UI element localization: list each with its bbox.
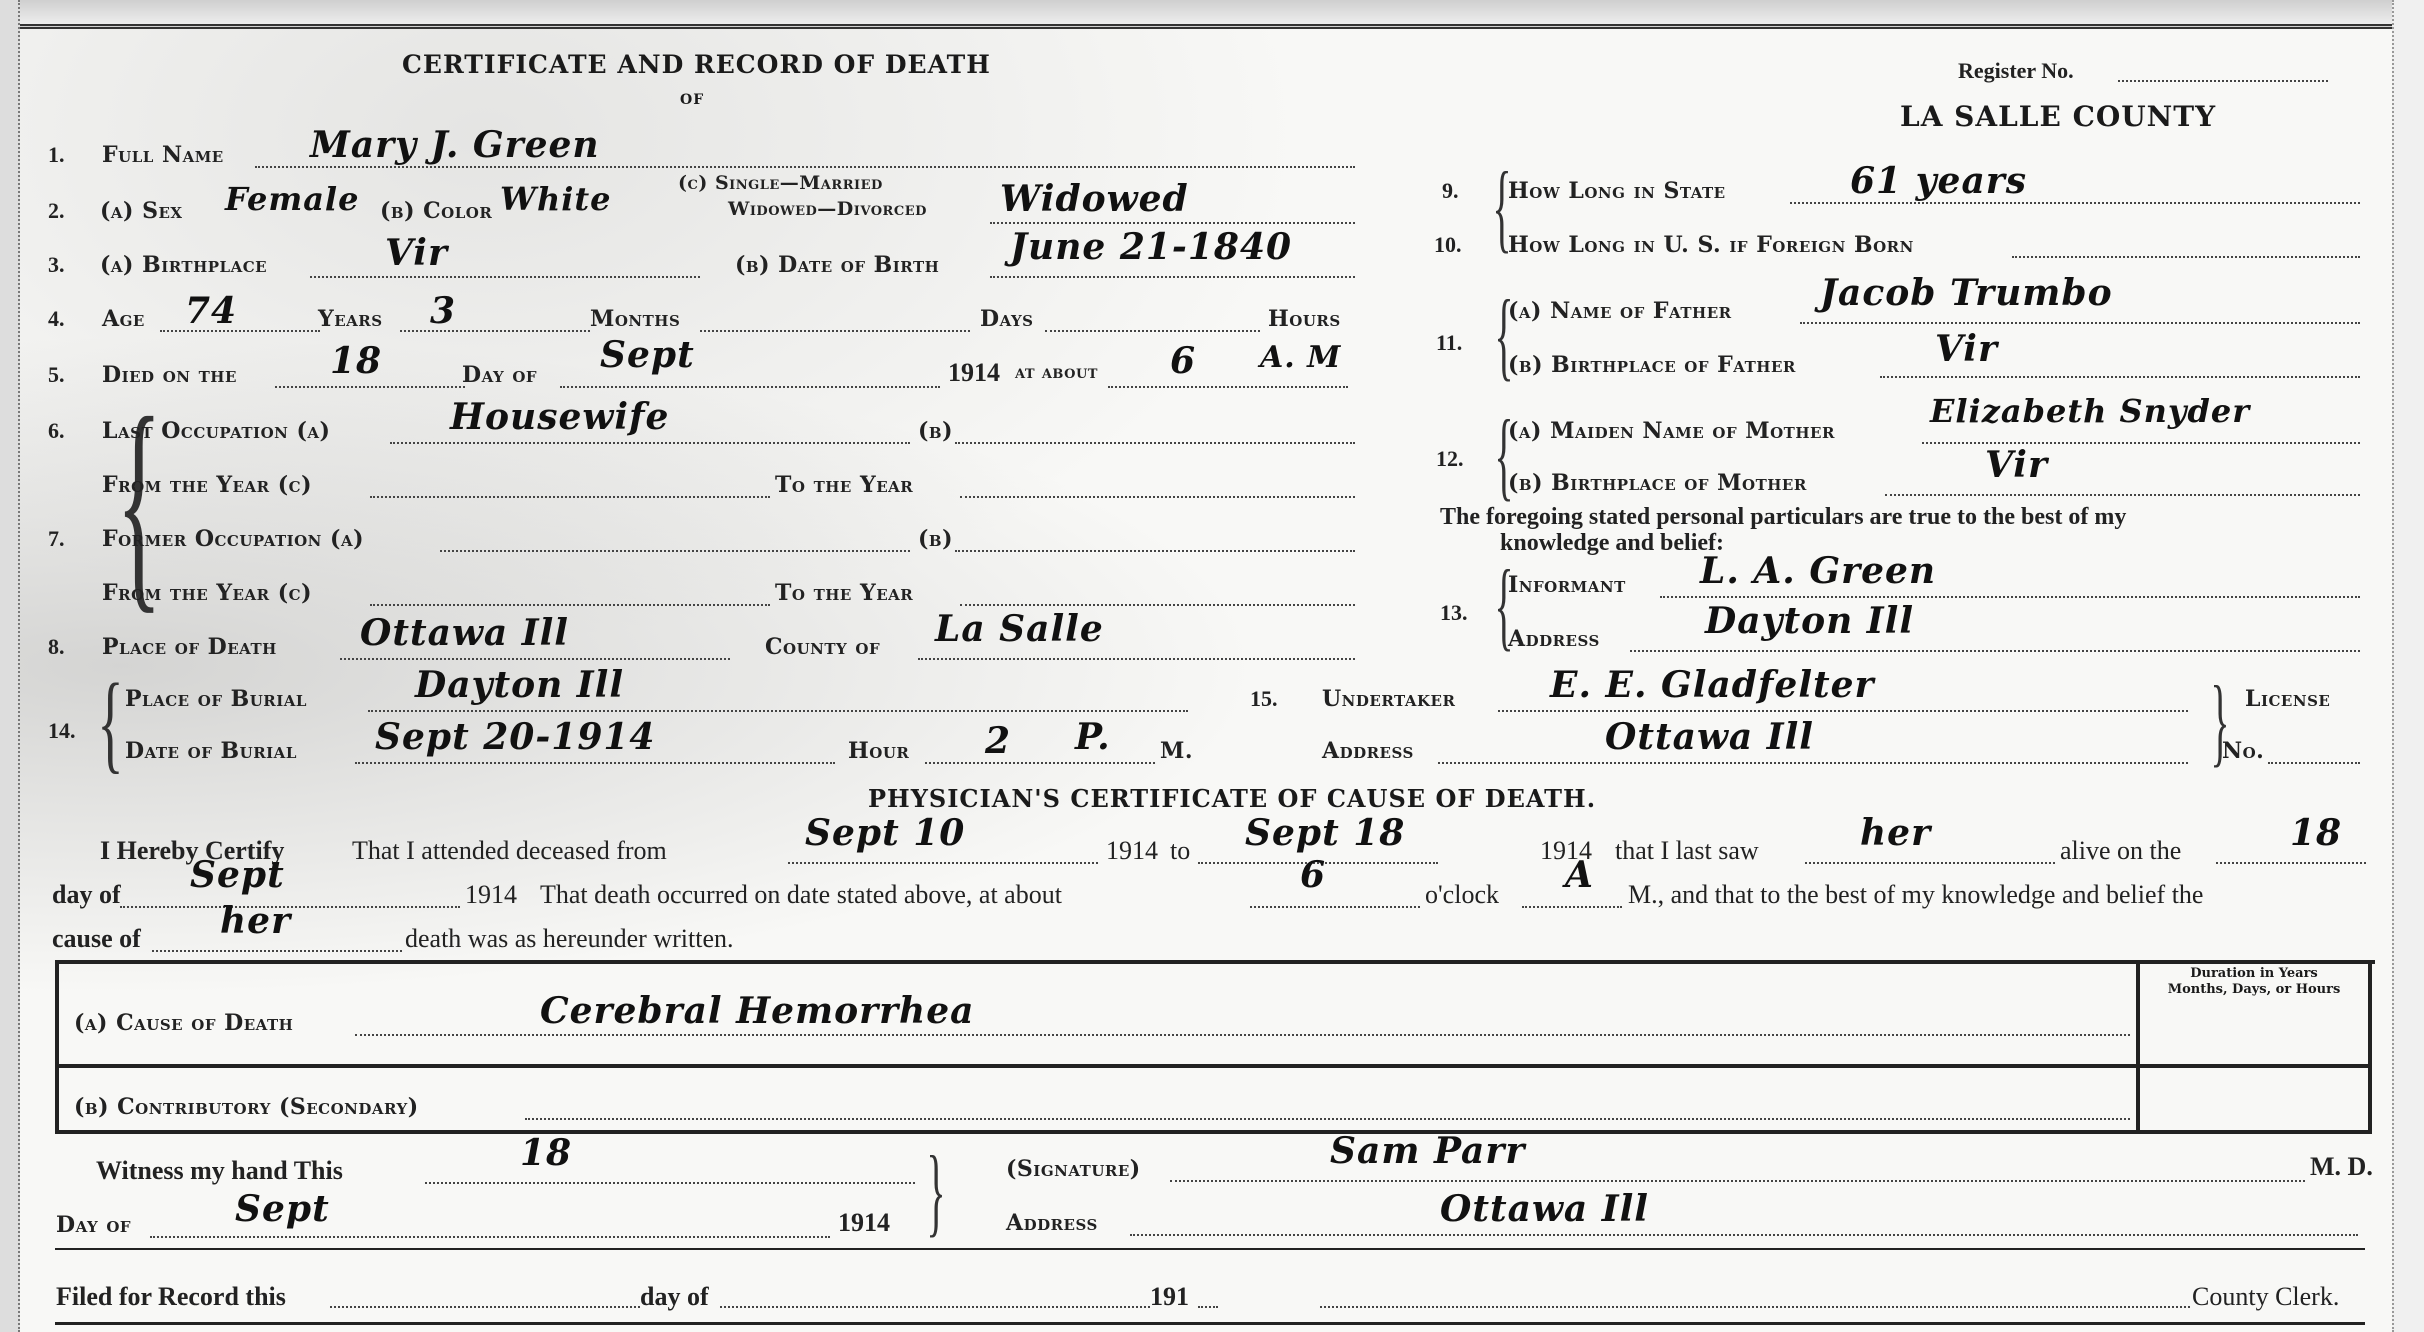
last-occupation-field[interactable] bbox=[390, 442, 910, 444]
undertaker-field[interactable] bbox=[1498, 710, 2188, 712]
field-num: 13. bbox=[1440, 600, 1468, 626]
father-birthplace-label: (b) Birthplace of Father bbox=[1508, 352, 1796, 378]
color-value: White bbox=[500, 180, 612, 218]
field-num: 9. bbox=[1442, 178, 1459, 204]
md-label: M. D. bbox=[2310, 1152, 2373, 1182]
informant-address-value: Dayton Ill bbox=[1705, 600, 1914, 642]
informant-value: L. A. Green bbox=[1700, 550, 1936, 592]
age-years-value: 74 bbox=[185, 290, 237, 332]
duration-header-line-2: Months, Days, or Hours bbox=[2146, 982, 2362, 998]
register-label: Register No. bbox=[1958, 58, 2074, 84]
undertaker-address-field[interactable] bbox=[1438, 762, 2188, 764]
table-mid-rule bbox=[55, 1064, 2372, 1068]
cause-of-death-label: (a) Cause of Death bbox=[74, 1010, 293, 1036]
table-right-rule bbox=[2368, 960, 2372, 1134]
occurred-meridiem-field[interactable] bbox=[1522, 906, 1622, 908]
marital-label-1: (c) Single—Married bbox=[678, 172, 883, 194]
former-occupation-b-field[interactable] bbox=[955, 550, 1355, 552]
how-long-us-field[interactable] bbox=[2012, 256, 2360, 258]
license-no-label: No. bbox=[2222, 738, 2264, 764]
physician-address-value: Ottawa Ill bbox=[1440, 1188, 1649, 1230]
informant-address-field[interactable] bbox=[1630, 650, 2360, 652]
birthplace-value: Vir bbox=[385, 232, 448, 274]
table-divider bbox=[2136, 960, 2140, 1134]
mother-birthplace-value: Vir bbox=[1985, 444, 2048, 486]
former-occupation-b-label: (b) bbox=[918, 526, 953, 552]
witness-month-value: Sept bbox=[235, 1188, 330, 1230]
witness-day-of-label: Day of bbox=[56, 1212, 131, 1238]
burial-hour-label: Hour bbox=[848, 738, 909, 764]
last-saw-value: her bbox=[1860, 812, 1931, 854]
sex-label: (a) Sex bbox=[100, 198, 183, 224]
attended-from-value: Sept 10 bbox=[805, 812, 965, 854]
cause-of-value: her bbox=[220, 900, 291, 942]
former-to-year-field[interactable] bbox=[960, 604, 1355, 606]
died-meridiem: A. M bbox=[1260, 340, 1341, 375]
date-of-burial-label: Date of Burial bbox=[125, 738, 297, 764]
former-occupation-label: Former Occupation (a) bbox=[102, 526, 364, 552]
undertaker-address-label: Address bbox=[1322, 738, 1414, 764]
certificate-title-of: OF bbox=[680, 92, 704, 108]
field-num: 15. bbox=[1250, 686, 1278, 712]
filed-year-field[interactable] bbox=[1198, 1306, 1218, 1308]
mother-birthplace-label: (b) Birthplace of Mother bbox=[1508, 470, 1807, 496]
field-num: 11. bbox=[1436, 330, 1462, 356]
place-of-burial-value: Dayton Ill bbox=[415, 664, 624, 706]
filed-year-prefix: 191 bbox=[1150, 1282, 1189, 1312]
field-num: 7. bbox=[48, 526, 65, 552]
duration-primary-cell[interactable] bbox=[2144, 1006, 2366, 1062]
years-label: Years bbox=[318, 306, 383, 332]
field-num: 5. bbox=[48, 362, 65, 388]
signature-value: Sam Parr bbox=[1330, 1130, 1525, 1172]
mother-name-label: (a) Maiden Name of Mother bbox=[1508, 418, 1835, 444]
certificate-title: CERTIFICATE AND RECORD OF DEATH bbox=[402, 50, 991, 79]
attended-to-value: Sept 18 bbox=[1245, 812, 1405, 854]
cause-of-field[interactable] bbox=[152, 950, 402, 952]
field-num: 10. bbox=[1434, 232, 1462, 258]
bottom-rule bbox=[55, 1322, 2365, 1325]
died-year: 1914 bbox=[948, 358, 1000, 388]
field-num: 12. bbox=[1436, 446, 1464, 472]
informant-address-label: Address bbox=[1508, 626, 1600, 652]
alive-on-value: 18 bbox=[2290, 812, 2342, 854]
county-of-field[interactable] bbox=[918, 658, 1355, 660]
phys-day-of-value: Sept bbox=[190, 854, 285, 896]
dob-field[interactable] bbox=[990, 276, 1355, 278]
father-name-label: (a) Name of Father bbox=[1508, 298, 1732, 324]
top-border bbox=[0, 0, 2424, 29]
cause-of-death-field[interactable] bbox=[355, 1034, 2130, 1036]
tail-text: M., and that to the best of my knowledge… bbox=[1628, 880, 2203, 910]
alive-on-label: alive on the bbox=[2060, 836, 2181, 866]
burial-meridiem-value: P. bbox=[1075, 716, 1111, 758]
written-text: death was as hereunder written. bbox=[405, 924, 733, 954]
burial-hour-field[interactable] bbox=[925, 762, 1155, 764]
informant-label: Informant bbox=[1508, 572, 1626, 598]
field-num: 14. bbox=[48, 718, 76, 744]
died-day-value: 18 bbox=[330, 340, 382, 382]
burial-m-label: M. bbox=[1160, 738, 1193, 764]
attended-to-label: to bbox=[1170, 836, 1190, 866]
burial-hour-value: 2 bbox=[985, 720, 1011, 762]
field-num: 4. bbox=[48, 306, 65, 332]
full-name-field[interactable] bbox=[255, 166, 1355, 168]
last-occupation-label: Last Occupation (a) bbox=[102, 418, 330, 444]
license-no-field[interactable] bbox=[2268, 762, 2360, 764]
burial-brace: { bbox=[97, 672, 123, 772]
county-clerk-label: County Clerk. bbox=[2192, 1282, 2339, 1312]
register-field[interactable] bbox=[2118, 80, 2328, 82]
age-years-field[interactable] bbox=[160, 330, 320, 332]
attended-from-field[interactable] bbox=[788, 862, 1098, 864]
marital-label-2: Widowed—Divorced bbox=[728, 198, 927, 220]
died-day-field[interactable] bbox=[275, 386, 465, 388]
left-edge bbox=[0, 0, 20, 1332]
died-month-field[interactable] bbox=[560, 386, 940, 388]
contributory-field[interactable] bbox=[525, 1118, 2130, 1120]
attestation-line-2: knowledge and belief: bbox=[1500, 530, 1724, 557]
age-hours-field[interactable] bbox=[1045, 330, 1260, 332]
undertaker-value: E. E. Gladfelter bbox=[1550, 664, 1875, 706]
certificate-paper: CERTIFICATE AND RECORD OF DEATH OF Regis… bbox=[0, 0, 2424, 1332]
last-occupation-b-label: (b) bbox=[918, 418, 953, 444]
physician-heading: PHYSICIAN'S CERTIFICATE OF CAUSE OF DEAT… bbox=[868, 784, 1596, 813]
how-long-state-field[interactable] bbox=[1790, 202, 2360, 204]
dob-label: (b) Date of Birth bbox=[735, 252, 939, 278]
attestation-line-1: The foregoing stated personal particular… bbox=[1440, 504, 2126, 531]
witness-month-field[interactable] bbox=[150, 1236, 830, 1238]
place-of-burial-label: Place of Burial bbox=[125, 686, 307, 712]
table-bottom-rule bbox=[55, 1130, 2372, 1134]
undertaker-label: Undertaker bbox=[1322, 686, 1455, 712]
occurred-time-field[interactable] bbox=[1250, 906, 1420, 908]
to-year-label: To the Year bbox=[775, 472, 913, 498]
filed-day-of-label: day of bbox=[640, 1282, 709, 1312]
marital-value: Widowed bbox=[1000, 178, 1189, 220]
witness-year: 1914 bbox=[838, 1208, 890, 1238]
former-from-year-field[interactable] bbox=[370, 604, 770, 606]
died-time-value: 6 bbox=[1170, 340, 1196, 382]
full-name-value: Mary J. Green bbox=[310, 124, 600, 166]
last-from-year-field[interactable] bbox=[370, 496, 770, 498]
attended-year-1: 1914 bbox=[1106, 836, 1158, 866]
certify-text: That I attended deceased from bbox=[352, 836, 667, 866]
birthplace-field[interactable] bbox=[310, 276, 700, 278]
filed-day-field[interactable] bbox=[330, 1306, 640, 1308]
how-long-state-value: 61 years bbox=[1850, 160, 2027, 202]
phys-year-3: 1914 bbox=[465, 880, 517, 910]
filed-month-field[interactable] bbox=[720, 1306, 1150, 1308]
signature-label: (Signature) bbox=[1006, 1156, 1141, 1182]
cause-of-label: cause of bbox=[52, 924, 141, 954]
county-heading: LA SALLE COUNTY bbox=[1900, 100, 2216, 133]
alive-on-field[interactable] bbox=[2216, 862, 2366, 864]
witness-day-value: 18 bbox=[520, 1132, 572, 1174]
how-long-us-label: How Long in U. S. if Foreign Born bbox=[1508, 232, 1914, 258]
day-of-label: Day of bbox=[462, 362, 537, 388]
place-of-burial-field[interactable] bbox=[368, 710, 1188, 712]
duration-header: Duration in Years Months, Days, or Hours bbox=[2146, 966, 2362, 998]
field-num: 8. bbox=[48, 634, 65, 660]
occurred-time-value: 6 bbox=[1300, 854, 1326, 896]
date-of-burial-value: Sept 20-1914 bbox=[375, 716, 655, 758]
former-occupation-field[interactable] bbox=[440, 550, 910, 552]
signature-field[interactable] bbox=[1170, 1180, 2305, 1182]
cause-of-death-value: Cerebral Hemorrhea bbox=[540, 990, 974, 1032]
county-clerk-field[interactable] bbox=[1320, 1306, 2190, 1308]
place-of-death-field[interactable] bbox=[340, 658, 730, 660]
county-of-label: County of bbox=[765, 634, 880, 660]
occurred-meridiem-value: A bbox=[1565, 854, 1594, 896]
father-birthplace-field[interactable] bbox=[1880, 376, 2360, 378]
field-num: 1. bbox=[48, 142, 65, 168]
birthplace-label: (a) Birthplace bbox=[100, 252, 267, 278]
place-of-death-value: Ottawa Ill bbox=[360, 612, 569, 654]
table-left-rule bbox=[55, 960, 59, 1134]
informant-field[interactable] bbox=[1660, 596, 2360, 598]
county-of-value: La Salle bbox=[935, 608, 1104, 650]
days-label: Days bbox=[980, 306, 1034, 332]
witness-label: Witness my hand This bbox=[96, 1156, 343, 1186]
witness-day-field[interactable] bbox=[425, 1182, 915, 1184]
last-to-year-field[interactable] bbox=[960, 496, 1355, 498]
place-of-death-label: Place of Death bbox=[102, 634, 277, 660]
months-label: Months bbox=[590, 306, 680, 332]
day-of-label: day of bbox=[52, 880, 121, 910]
filed-label: Filed for Record this bbox=[56, 1282, 286, 1312]
age-days-field[interactable] bbox=[700, 330, 970, 332]
date-of-burial-field[interactable] bbox=[355, 762, 835, 764]
marital-field[interactable] bbox=[990, 222, 1355, 224]
how-long-state-label: How Long in State bbox=[1508, 178, 1726, 204]
sex-value: Female bbox=[225, 180, 359, 218]
oclock-label: o'clock bbox=[1425, 880, 1499, 910]
from-year-label: From the Year (c) bbox=[102, 580, 312, 606]
died-time-field[interactable] bbox=[1108, 386, 1348, 388]
from-year-label: From the Year (c) bbox=[102, 472, 312, 498]
field-num: 6. bbox=[48, 418, 65, 444]
right-edge bbox=[2392, 0, 2424, 1332]
last-saw-label: that I last saw bbox=[1615, 836, 1759, 866]
to-year-label: To the Year bbox=[775, 580, 913, 606]
mother-birthplace-field[interactable] bbox=[1885, 494, 2360, 496]
undertaker-address-value: Ottawa Ill bbox=[1605, 716, 1814, 758]
mother-name-value: Elizabeth Snyder bbox=[1930, 392, 2250, 430]
age-months-value: 3 bbox=[430, 290, 456, 332]
witness-brace: } bbox=[926, 1146, 945, 1236]
physician-address-field[interactable] bbox=[1130, 1234, 2358, 1236]
field-num: 3. bbox=[48, 252, 65, 278]
last-occupation-b-field[interactable] bbox=[955, 442, 1355, 444]
field-num: 2. bbox=[48, 198, 65, 224]
dob-value: June 21-1840 bbox=[1010, 226, 1292, 268]
age-months-field[interactable] bbox=[400, 330, 590, 332]
last-occupation-value: Housewife bbox=[450, 396, 669, 438]
died-month-value: Sept bbox=[600, 334, 695, 376]
table-top-rule bbox=[55, 960, 2375, 964]
duration-header-line-1: Duration in Years bbox=[2146, 966, 2362, 982]
physician-address-label: Address bbox=[1006, 1210, 1098, 1236]
occurred-text: That death occurred on date stated above… bbox=[540, 880, 1062, 910]
witness-rule bbox=[55, 1248, 2365, 1250]
at-about-label: at about bbox=[1015, 362, 1098, 383]
license-label: License bbox=[2245, 686, 2330, 712]
contributory-label: (b) Contributory (Secondary) bbox=[74, 1094, 419, 1120]
hours-label: Hours bbox=[1268, 306, 1341, 332]
full-name-label: Full Name bbox=[102, 142, 224, 168]
father-name-field[interactable] bbox=[1800, 322, 2360, 324]
father-name-value: Jacob Trumbo bbox=[1820, 272, 2113, 314]
age-label: Age bbox=[102, 306, 145, 332]
last-saw-field[interactable] bbox=[1805, 862, 2055, 864]
duration-contributory-cell[interactable] bbox=[2144, 1070, 2366, 1128]
color-label: (b) Color bbox=[380, 198, 492, 224]
father-birthplace-value: Vir bbox=[1935, 328, 1998, 370]
